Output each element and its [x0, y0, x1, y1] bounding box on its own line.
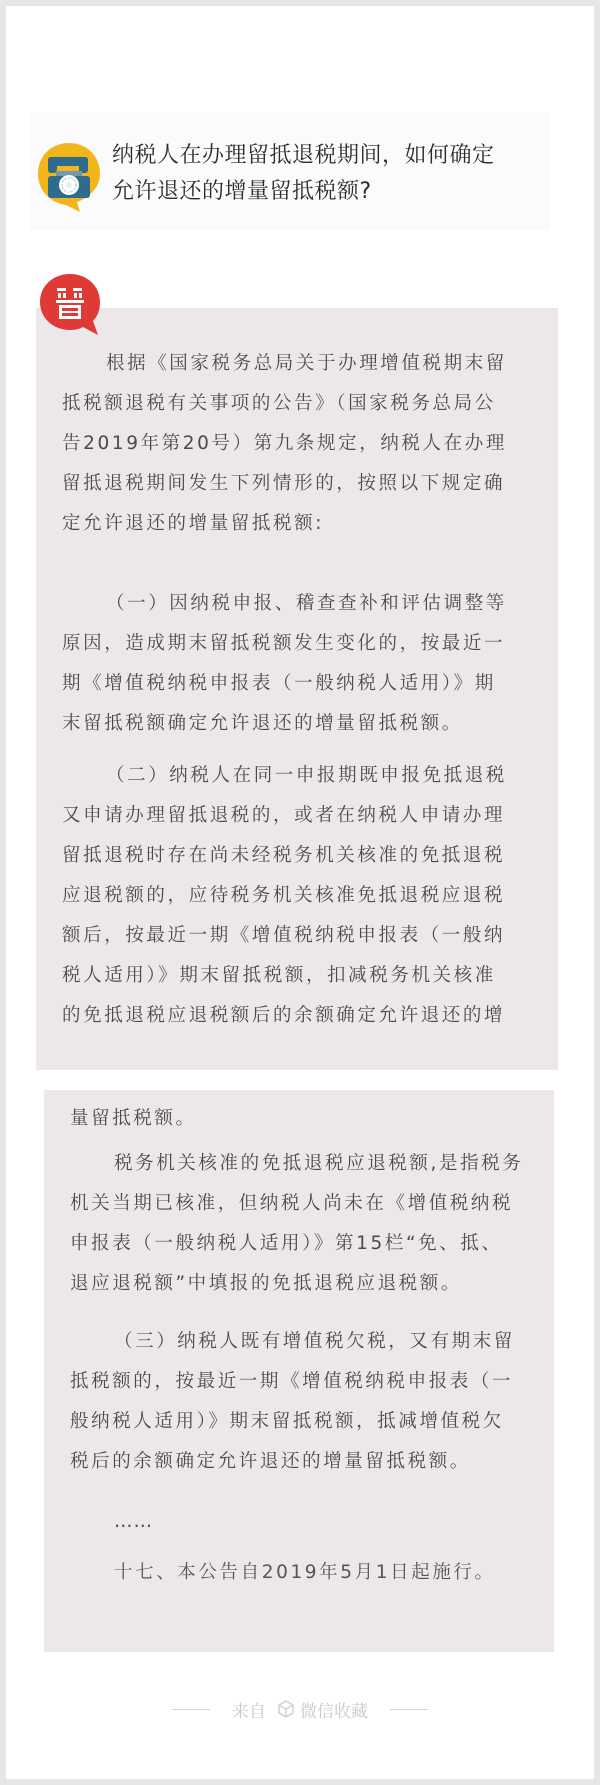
- text-line: （一）因纳税申报、稽查查补和评估调整等: [62, 584, 507, 624]
- text-line: 抵税额退税有关事项的公告》（国家税务总局公: [62, 384, 507, 424]
- text-line: 退应退税额”中填报的免抵退税应退税额。: [70, 1264, 523, 1304]
- text-line: 机关当期已核准，但纳税人尚未在《增值税纳税: [70, 1184, 523, 1224]
- answer-paragraph-item-2-end: 量留抵税额。: [70, 1099, 197, 1139]
- text-line: 又申请办理留抵退税的，或者在纳税人申请办理: [62, 796, 507, 836]
- text-line: 抵税额的，按最近一期《增值税纳税申报表（一: [70, 1362, 515, 1402]
- text-line: 税人适用）》期末留抵税额，扣减税务机关核准: [62, 956, 507, 996]
- text-line: 定允许退还的增量留抵税额:: [62, 504, 507, 544]
- footer-prefix: 来自: [232, 1697, 266, 1722]
- text-line: 般纳税人适用）》期末留抵税额，抵减增值税欠: [70, 1402, 515, 1442]
- question-title-line: 允许退还的增量留抵税额?: [112, 174, 562, 210]
- text-line: 原因，造成期末留抵税额发生变化的，按最近一: [62, 624, 507, 664]
- text-line: 十七、本公告自2019年5月1日起施行。: [114, 1553, 496, 1593]
- text-line: 留抵退税期间发生下列情形的，按照以下规定确: [62, 464, 507, 504]
- answer-bubble-icon: [38, 272, 106, 338]
- answer-paragraph-item-3: （三）纳税人既有增值税欠税，又有期末留 抵税额的，按最近一期《增值税纳税申报表（…: [70, 1322, 515, 1482]
- text-line: 告2019年第20号）第九条规定，纳税人在办理: [62, 424, 507, 464]
- text-line: ……: [114, 1502, 153, 1542]
- text-line: （三）纳税人既有增值税欠税，又有期末留: [70, 1322, 515, 1362]
- footer-source[interactable]: 微信收藏: [300, 1697, 368, 1722]
- wechat-favorites-cube-icon: [276, 1699, 296, 1719]
- telephone-bubble-icon: [36, 141, 102, 213]
- text-line: 根据《国家税务总局关于办理增值税期末留: [62, 344, 507, 384]
- source-footer: 来自 微信收藏: [0, 1694, 600, 1724]
- text-line: 额后，按最近一期《增值税纳税申报表（一般纳: [62, 916, 507, 956]
- question-title-line: 纳税人在办理留抵退税期间，如何确定: [112, 138, 562, 174]
- text-line: 期《增值税纳税申报表（一般纳税人适用）》期: [62, 664, 507, 704]
- divider: [172, 1709, 210, 1710]
- answer-paragraph-item-2: （二）纳税人在同一申报期既申报免抵退税 又申请办理留抵退税的，或者在纳税人申请办…: [62, 756, 507, 1036]
- text-line: 的免抵退税应退税额后的余额确定允许退还的增: [62, 996, 507, 1036]
- text-line: 税后的余额确定允许退还的增量留抵税额。: [70, 1442, 515, 1482]
- text-line: 量留抵税额。: [70, 1099, 197, 1139]
- answer-paragraph-effective-date: 十七、本公告自2019年5月1日起施行。: [114, 1553, 496, 1593]
- text-line: 应退税额的，应待税务机关核准免抵退税应退税: [62, 876, 507, 916]
- divider: [390, 1709, 428, 1710]
- answer-paragraph-intro: 根据《国家税务总局关于办理增值税期末留 抵税额退税有关事项的公告》（国家税务总局…: [62, 344, 507, 544]
- text-line: 税务机关核准的免抵退税应退税额,是指税务: [70, 1144, 523, 1184]
- text-line: 申报表（一般纳税人适用）》第15栏“免、抵、: [70, 1224, 523, 1264]
- answer-paragraph-note: 税务机关核准的免抵退税应退税额,是指税务 机关当期已核准，但纳税人尚未在《增值税…: [70, 1144, 523, 1304]
- text-line: 留抵退税时存在尚未经税务机关核准的免抵退税: [62, 836, 507, 876]
- ellipsis: ……: [114, 1502, 153, 1542]
- text-line: 末留抵税额确定允许退还的增量留抵税额。: [62, 704, 507, 744]
- text-line: （二）纳税人在同一申报期既申报免抵退税: [62, 756, 507, 796]
- answer-paragraph-item-1: （一）因纳税申报、稽查查补和评估调整等 原因，造成期末留抵税额发生变化的，按最近…: [62, 584, 507, 744]
- question-title: 纳税人在办理留抵退税期间，如何确定 允许退还的增量留抵税额?: [112, 138, 562, 210]
